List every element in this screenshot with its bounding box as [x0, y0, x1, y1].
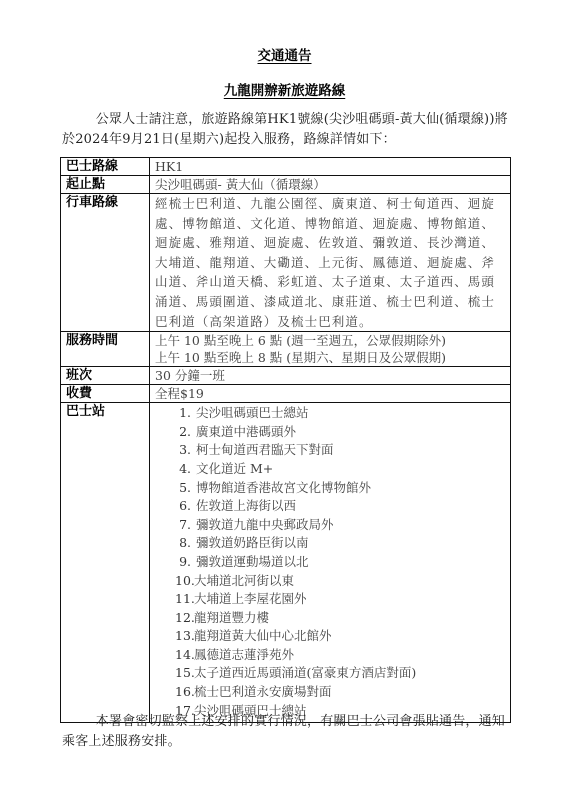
- stops-value: 1.尖沙咀碼頭巴士總站 2.廣東道中港碼頭外 3.柯士甸道西君臨天下對面 4.文…: [150, 403, 511, 723]
- table-row-fare: 收費 全程$19: [61, 385, 511, 403]
- route-label: 巴士路線: [61, 158, 150, 176]
- list-item: 14.鳳德道志蓮淨苑外: [175, 646, 505, 665]
- list-item: 16.梳士巴利道永安廣場對面: [175, 683, 505, 702]
- intro-paragraph: 公眾人士請注意，旅遊路線第HK1號線(尖沙咀碼頭-黃大仙(循環線))將於2024…: [62, 110, 510, 150]
- list-item: 12.龍翔道豐力樓: [175, 609, 505, 628]
- list-item: 4.文化道近 M+: [175, 460, 505, 479]
- table-row-termini: 起止點 尖沙咀碼頭- 黃大仙（循環線）: [61, 176, 511, 194]
- bus-stop-list: 1.尖沙咀碼頭巴士總站 2.廣東道中港碼頭外 3.柯士甸道西君臨天下對面 4.文…: [155, 404, 505, 720]
- list-item: 7.彌敦道九龍中央郵政局外: [175, 516, 505, 535]
- table-row-route: 巴士路線 HK1: [61, 158, 511, 176]
- list-item: 5.博物館道香港故宮文化博物館外: [175, 479, 505, 498]
- fare-label: 收費: [61, 385, 150, 403]
- table-row-hours: 服務時間 上午 10 點至晚上 6 點 (週一至週五，公眾假期除外) 上午 10…: [61, 332, 511, 367]
- frequency-value: 30 分鐘一班: [150, 367, 511, 385]
- stops-label: 巴士站: [61, 403, 150, 723]
- table-row-frequency: 班次 30 分鐘一班: [61, 367, 511, 385]
- hours-value: 上午 10 點至晚上 6 點 (週一至週五，公眾假期除外) 上午 10 點至晚上…: [150, 332, 511, 367]
- route-value: HK1: [150, 158, 511, 176]
- list-item: 2.廣東道中港碼頭外: [175, 423, 505, 442]
- routing-value: 經梳士巴利道、九龍公園徑、廣東道、柯士甸道西、迴旋處、博物館道、文化道、博物館道…: [150, 194, 511, 332]
- list-item: 3.柯士甸道西君臨天下對面: [175, 441, 505, 460]
- routing-label: 行車路線: [61, 194, 150, 332]
- hours-weekday: 上午 10 點至晚上 6 點 (週一至週五，公眾假期除外): [155, 332, 505, 349]
- list-item: 6.佐敦道上海街以西: [175, 497, 505, 516]
- list-item: 8.彌敦道奶路臣街以南: [175, 534, 505, 553]
- route-details-table: 巴士路線 HK1 起止點 尖沙咀碼頭- 黃大仙（循環線） 行車路線 經梳士巴利道…: [60, 157, 511, 723]
- list-item: 1.尖沙咀碼頭巴士總站: [175, 404, 505, 423]
- notice-title-text: 交通通告: [258, 48, 312, 64]
- fare-value: 全程$19: [150, 385, 511, 403]
- list-item: 11.大埔道上李屋花園外: [175, 590, 505, 609]
- notice-subtitle-text: 九龍開辦新旅遊路線: [224, 83, 346, 99]
- notice-subtitle: 九龍開辦新旅遊路線: [0, 79, 569, 99]
- notice-title: 交通通告: [0, 44, 569, 64]
- list-item: 10.大埔道北河街以東: [175, 572, 505, 591]
- table-row-routing: 行車路線 經梳士巴利道、九龍公園徑、廣東道、柯士甸道西、迴旋處、博物館道、文化道…: [61, 194, 511, 332]
- list-item: 15.太子道西近馬頭涌道(富豪東方酒店對面): [175, 664, 505, 683]
- list-item: 9.彌敦道運動場道以北: [175, 553, 505, 572]
- termini-value: 尖沙咀碼頭- 黃大仙（循環線）: [150, 176, 511, 194]
- hours-weekend: 上午 10 點至晚上 8 點 (星期六、星期日及公眾假期): [155, 349, 505, 366]
- termini-label: 起止點: [61, 176, 150, 194]
- table-row-stops: 巴士站 1.尖沙咀碼頭巴士總站 2.廣東道中港碼頭外 3.柯士甸道西君臨天下對面…: [61, 403, 511, 723]
- frequency-label: 班次: [61, 367, 150, 385]
- closing-paragraph: 本署會密切監察上述安排的實行情況，有關巴士公司會張貼通告，通知乘客上述服務安排。: [62, 712, 510, 752]
- hours-label: 服務時間: [61, 332, 150, 367]
- list-item: 13.龍翔道黃大仙中心北館外: [175, 627, 505, 646]
